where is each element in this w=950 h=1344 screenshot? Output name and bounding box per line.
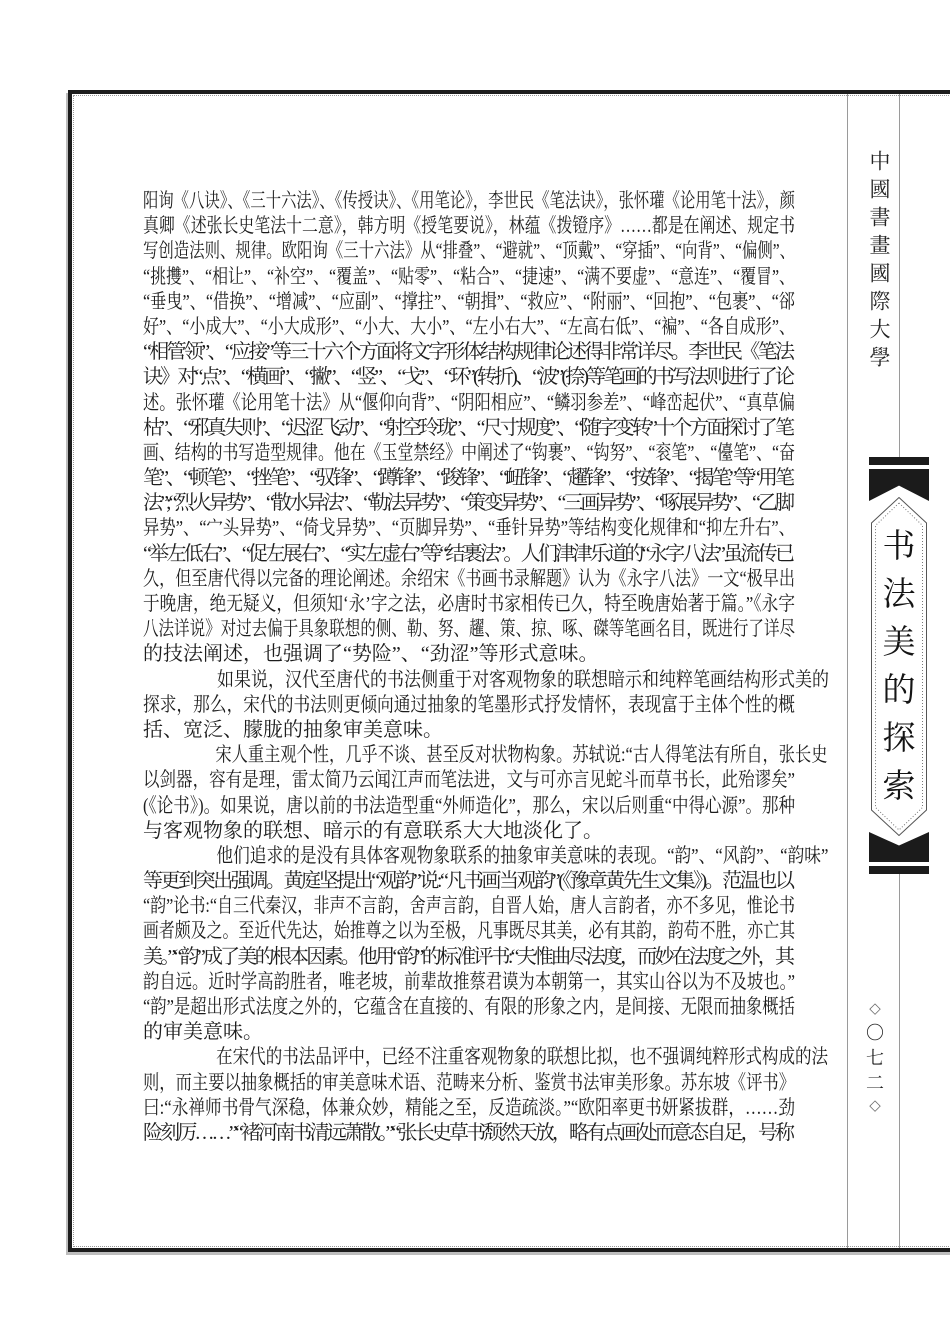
book-title-char: 法	[883, 579, 916, 612]
sidebar-rule-line-left	[847, 94, 848, 1248]
text-line: 述。张怀瓘《论用笔十法》从“偃仰向背”、“阴阳相应”、“鳞羽参差”、“峰峦起伏”…	[143, 391, 795, 416]
text-line: 笔”、“顿笔”、“挫笔”、“驭锋”、“蹲锋”、“踆锋”、“衄锋”、“趯锋”、“按…	[143, 466, 795, 491]
text-line: 与客观物象的联想、暗示的有意联系大大地淡化了。	[143, 819, 795, 844]
text-line: 画、结构的书写造型规律。他在《玉堂禁经》中阐述了“钩裹”、“钩努”、“衮笔”、“…	[143, 441, 795, 466]
book-title-char: 探	[883, 723, 916, 756]
text-line: 八法详说》对过去偏于具象联想的侧、勒、努、趯、策、掠、啄、磔等笔画名目，既进行了…	[143, 617, 795, 642]
scanned-book-page: 阳询《八诀》、《三十六法》、《传授诀》、《用笔论》，李世民《笔法诀》，张怀瓘《论…	[0, 0, 950, 1344]
text-line: 险刻厉……”“褚河南书清远萧散。”“张长史草书颓然天放，略有点画处而意态自足，号…	[143, 1121, 795, 1146]
text-line: “相管领”、“应接”等三十六个方面将文字形体结构规律论述得非常详尽。李世民《笔法	[143, 340, 795, 365]
text-line: 于晚唐，绝无疑义，但须知‘永’字之法，必唐时书家相传已久，特至晚唐始著于篇。”《…	[143, 592, 795, 617]
diamond-icon: ◇	[869, 1099, 881, 1114]
text-line: 以剑器，容有是理，雷太简乃云闻江声而笔法进，文与可亦言见蛇斗而草书长，此殆谬矣”	[143, 768, 795, 793]
text-line: “挑㩳”、“相让”、“补空”、“覆盖”、“贴零”、“粘合”、“捷速”、“满不要虚…	[143, 265, 795, 290]
text-line: 他们追求的是没有具体客观物象联系的抽象审美意味的表现。“韵”、“风韵”、“韵味”	[143, 844, 795, 869]
text-line: “韵”论书:“自三代秦汉，非声不言韵，舍声言韵，自晋人始，唐人言韵者，亦不多见，…	[143, 894, 795, 919]
sidebar-vertical-header: 中國書畫國際大學	[864, 150, 894, 374]
text-line: 真卿《述张长史笔法十二意》，韩方明《授笔要说》，林蕴《拨镫序》……都是在阐述、规…	[143, 214, 795, 239]
page-number-char: 二	[866, 1074, 884, 1092]
text-line: 等更到突出强调。黄庭坚提出“观韵”说:“凡书画当观韵”(《豫章黄先生文集》)。范…	[143, 869, 795, 894]
book-title-banner: 书法美的探索	[869, 457, 929, 874]
page-number-char: 七	[866, 1049, 884, 1067]
page-text: 阳询《八诀》、《三十六法》、《传授诀》、《用笔论》，李世民《笔法诀》，张怀瓘《论…	[143, 189, 795, 1146]
diamond-icon: ◇	[869, 1002, 881, 1017]
text-line: 探求，那么，宋代的书法则更倾向通过抽象的笔墨形式抒发情怀，表现富于主体个性的概	[143, 693, 795, 718]
book-title-char: 书	[883, 531, 916, 564]
text-line: 异势”、“宀头异势”、“倚戈异势”、“页脚异势”、“垂针异势”等结构变化规律和“…	[143, 516, 795, 541]
page-number-char: 〇	[866, 1024, 884, 1042]
text-line: 韵自远。近时学高韵胜者，唯老坡，前辈故推蔡君谟为本朝第一，其实山谷以为不及坡也。…	[143, 970, 795, 995]
page-number-column: ◇〇七二◇	[858, 1002, 892, 1114]
text-line: 则，而主要以抽象概括的审美意味术语、范畴来分析、鉴赏书法审美形象。苏东坡《评书》	[143, 1071, 795, 1096]
text-line: 法”;“烈火异势”、“散水异法”、“勒法异势”、“策变异势”、“三画异势”、“啄…	[143, 491, 795, 516]
text-line: “垂曳”、“借换”、“增减”、“应副”、“撑拄”、“朝揖”、“救应”、“附丽”、…	[143, 290, 795, 315]
text-line: 枯”、“邪真失则”、“迟涩飞动”、“射空玲珑”、“尺寸规度”、“随字变转”十个方…	[143, 416, 795, 441]
book-title-char: 的	[883, 675, 916, 708]
text-line: 的技法阐述，也强调了“势险”、“劲涩”等形式意味。	[143, 642, 795, 667]
text-line: 写创造法则、规律。欧阳询《三十六法》从“排叠”、“避就”、“顶戴”、“穿插”、“…	[143, 239, 795, 264]
text-line: 曰:“永禅师书骨气深稳，体兼众妙，精能之至，反造疏淡。”“欧阳率更书妍紧拔群，……	[143, 1096, 795, 1121]
text-line: 在宋代的书法品评中，已经不注重客观物象的联想比拟，也不强调纯粹形式构成的法	[143, 1045, 795, 1070]
text-line: 诀》对“点”、“横画”、“撇”、“竖”、“戈”、“环”(转折)、“波”(捺)等笔…	[143, 365, 795, 390]
text-line: “韵”是超出形式法度之外的，它蕴含在直接的、有限的形象之内，是间接、无限而抽象概…	[143, 995, 795, 1020]
book-title-vertical-text: 书法美的探索	[871, 497, 927, 836]
banner-top-bar	[869, 457, 929, 465]
text-line: 美。”“韵”成了美的根本因素。他用“韵”的标准评书:“夫惟曲尽法度，而妙在法度之…	[143, 945, 795, 970]
banner-bottom-bar	[869, 866, 929, 874]
text-line: 宋人重主观个性，几乎不谈、甚至反对状物构象。苏轼说:“古人得笔法有所自，张长史	[143, 743, 795, 768]
text-line: 如果说，汉代至唐代的书法侧重于对客观物象的联想暗示和纯粹笔画结构形式美的	[143, 668, 795, 693]
text-line: 好”、“小成大”、“小大成形”、“小大、大小”、“左小右大”、“左高右低”、“褊…	[143, 315, 795, 340]
text-line: 阳询《八诀》、《三十六法》、《传授诀》、《用笔论》，李世民《笔法诀》，张怀瓘《论…	[143, 189, 795, 214]
text-line: “举左低右”、“促左展右”、“实左虚右”等“结裹法”。人们津津乐道的“永字八法”…	[143, 542, 795, 567]
text-line: 的审美意味。	[143, 1020, 795, 1045]
text-line: 久，但至唐代得以完备的理论阐述。余绍宋《书画书录解题》认为《永字八法》一文“极早…	[143, 567, 795, 592]
banner-bottom-ribbon	[869, 832, 929, 862]
book-title-char: 索	[883, 771, 916, 804]
text-line: 括、宽泛、朦胧的抽象审美意味。	[143, 718, 795, 743]
text-line: 画者颇及之。至近代先达，始推尊之以为至极，凡事既尽其美，必有其韵，韵苟不胜，亦亡…	[143, 919, 795, 944]
book-title-char: 美	[883, 627, 916, 660]
text-line: (《论书》)。如果说，唐以前的书法造型重“外师造化”，那么，宋以后则重“中得心源…	[143, 794, 795, 819]
